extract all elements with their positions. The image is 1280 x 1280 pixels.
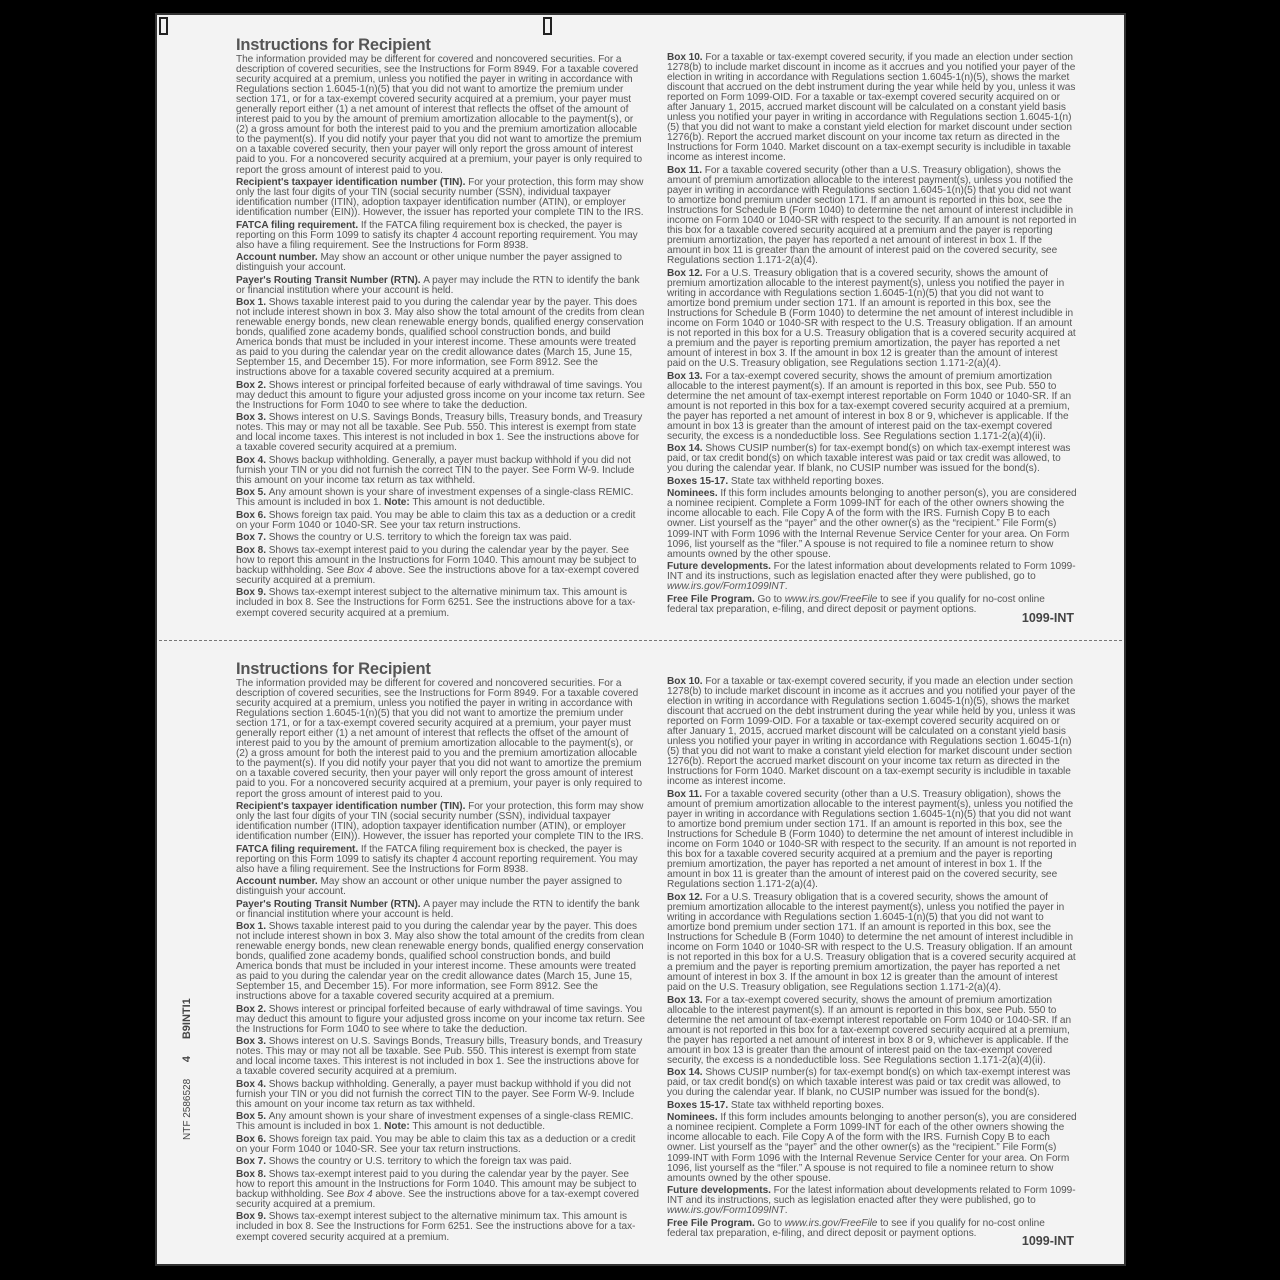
ntf-number: NTF 2586528 — [182, 1079, 193, 1140]
page-number: 4 — [181, 1056, 193, 1062]
italic-reference: www.irs.gov/Form1099INT — [667, 1205, 785, 1216]
instruction-paragraph: Payer's Routing Transit Number (RTN). A … — [236, 900, 646, 920]
note-text: This amount is not deductible. — [412, 497, 545, 508]
paragraph-text: Shows foreign tax paid. You may be able … — [236, 1134, 635, 1155]
instruction-paragraph: Box 4. Shows backup withholding. General… — [236, 1080, 646, 1110]
instruction-paragraph: Free File Program. Go to www.irs.gov/Fre… — [667, 595, 1077, 615]
right-column: Box 10. For a taxable or tax-exempt cove… — [667, 53, 1077, 617]
instructions-copy-bottom: Instructions for Recipient The informati… — [157, 661, 1124, 1280]
instruction-paragraph: Box 4. Shows backup withholding. General… — [236, 456, 646, 486]
instruction-paragraph: Account number. May show an account or o… — [236, 253, 646, 273]
paragraph-text: For a taxable covered security (other th… — [667, 165, 1076, 266]
paragraph-text: The information provided may be differen… — [236, 678, 642, 800]
instruction-paragraph: Box 7. Shows the country or U.S. territo… — [236, 1157, 646, 1167]
paragraph-text: For a tax-exempt covered security, shows… — [667, 371, 1071, 442]
perforation-line — [159, 640, 1122, 641]
paragraph-text-after: . — [785, 581, 788, 592]
paragraph-text: Shows taxable interest paid to you durin… — [236, 297, 644, 378]
paragraph-text: Shows CUSIP number(s) for tax-exempt bon… — [667, 1067, 1070, 1098]
instruction-paragraph: Future developments. For the latest info… — [667, 1186, 1077, 1216]
instruction-paragraph: Nominees. If this form includes amounts … — [667, 1113, 1077, 1183]
paragraph-text: State tax withheld reporting boxes. — [731, 476, 884, 487]
instruction-paragraph: The information provided may be differen… — [236, 679, 646, 800]
registration-mark-left — [159, 17, 168, 35]
instruction-paragraph: Box 8. Shows tax-exempt interest paid to… — [236, 1170, 646, 1210]
paragraph-text: If this form includes amounts belonging … — [667, 1112, 1077, 1183]
paragraph-text: For a taxable or tax-exempt covered secu… — [667, 52, 1075, 163]
paragraph-text: For a tax-exempt covered security, shows… — [667, 995, 1071, 1066]
instruction-paragraph: Box 10. For a taxable or tax-exempt cove… — [667, 53, 1077, 164]
paragraph-text: Shows backup withholding. Generally, a p… — [236, 455, 634, 486]
instruction-paragraph: Box 13. For a tax-exempt covered securit… — [667, 996, 1077, 1066]
paragraph-text: Shows tax-exempt interest subject to the… — [236, 587, 635, 618]
paragraph-text: Shows interest on U.S. Savings Bonds, Tr… — [236, 412, 642, 453]
paragraph-heading: Box 7. — [236, 1156, 269, 1167]
paragraph-text: Shows interest or principal forfeited be… — [236, 1004, 645, 1035]
paragraph-heading: Boxes 15-17. — [667, 476, 731, 487]
instruction-paragraph: FATCA filing requirement. If the FATCA f… — [236, 845, 646, 875]
form-id-label: 1099-INT — [1022, 611, 1074, 625]
instruction-paragraph: Box 7. Shows the country or U.S. territo… — [236, 533, 646, 543]
note-label: Note: — [381, 497, 412, 508]
instruction-paragraph: Box 1. Shows taxable interest paid to yo… — [236, 298, 646, 378]
instruction-paragraph: Box 14. Shows CUSIP number(s) for tax-ex… — [667, 444, 1077, 474]
instruction-paragraph: Nominees. If this form includes amounts … — [667, 489, 1077, 559]
paragraph-text: Shows taxable interest paid to you durin… — [236, 921, 644, 1002]
form-id-label: 1099-INT — [1022, 1234, 1074, 1248]
note-label: Note: — [381, 1121, 412, 1132]
paragraph-text: Shows backup withholding. Generally, a p… — [236, 1079, 634, 1110]
instruction-paragraph: Box 2. Shows interest or principal forfe… — [236, 1005, 646, 1035]
paragraph-text: Shows CUSIP number(s) for tax-exempt bon… — [667, 443, 1070, 474]
instruction-paragraph: FATCA filing requirement. If the FATCA f… — [236, 221, 646, 251]
note-text: This amount is not deductible. — [412, 1121, 545, 1132]
paragraph-text: Shows interest on U.S. Savings Bonds, Tr… — [236, 1036, 642, 1077]
instruction-paragraph: Box 13. For a tax-exempt covered securit… — [667, 372, 1077, 442]
instruction-paragraph: The information provided may be differen… — [236, 55, 646, 176]
paragraph-text: If this form includes amounts belonging … — [667, 488, 1077, 559]
instruction-paragraph: Box 10. For a taxable or tax-exempt cove… — [667, 677, 1077, 788]
paragraph-text: State tax withheld reporting boxes. — [731, 1100, 884, 1111]
paragraph-text: For a taxable covered security (other th… — [667, 789, 1076, 890]
section-title: Instructions for Recipient — [236, 661, 646, 678]
side-form-code: NTF 2586528 4 B9INTI1 — [181, 984, 193, 1140]
instruction-paragraph: Box 3. Shows interest on U.S. Savings Bo… — [236, 413, 646, 453]
instruction-paragraph: Boxes 15-17. State tax withheld reportin… — [667, 1101, 1077, 1111]
paragraph-text: Shows interest or principal forfeited be… — [236, 380, 645, 411]
instruction-paragraph: Box 2. Shows interest or principal forfe… — [236, 381, 646, 411]
paragraph-text: Shows tax-exempt interest subject to the… — [236, 1211, 635, 1242]
instruction-paragraph: Payer's Routing Transit Number (RTN). A … — [236, 276, 646, 296]
instruction-paragraph: Box 8. Shows tax-exempt interest paid to… — [236, 546, 646, 586]
instruction-paragraph: Box 9. Shows tax-exempt interest subject… — [236, 1212, 646, 1242]
instruction-paragraph: Recipient's taxpayer identification numb… — [236, 802, 646, 842]
instruction-paragraph: Box 12. For a U.S. Treasury obligation t… — [667, 893, 1077, 993]
paragraph-heading: Boxes 15-17. — [667, 1100, 731, 1111]
instruction-paragraph: Recipient's taxpayer identification numb… — [236, 178, 646, 218]
registration-mark-center — [543, 17, 552, 35]
instruction-paragraph: Box 1. Shows taxable interest paid to yo… — [236, 922, 646, 1002]
instructions-copy-top: Instructions for Recipient The informati… — [157, 37, 1124, 659]
left-column: Instructions for Recipient The informati… — [236, 661, 646, 1245]
instruction-paragraph: Box 5. Any amount shown is your share of… — [236, 1112, 646, 1132]
section-title: Instructions for Recipient — [236, 37, 646, 54]
instruction-paragraph: Future developments. For the latest info… — [667, 562, 1077, 592]
form-code: B9INTI1 — [181, 998, 193, 1039]
instruction-paragraph: Free File Program. Go to www.irs.gov/Fre… — [667, 1219, 1077, 1239]
instruction-paragraph: Box 6. Shows foreign tax paid. You may b… — [236, 1135, 646, 1155]
paragraph-text: For a taxable or tax-exempt covered secu… — [667, 676, 1075, 787]
instruction-paragraph: Box 14. Shows CUSIP number(s) for tax-ex… — [667, 1068, 1077, 1098]
paragraph-text-after: . — [785, 1205, 788, 1216]
paragraph-text: Shows the country or U.S. territory to w… — [269, 1156, 572, 1167]
paragraph-text: Shows foreign tax paid. You may be able … — [236, 510, 635, 531]
form-page: Instructions for Recipient The informati… — [155, 13, 1126, 1266]
instruction-paragraph: Box 6. Shows foreign tax paid. You may b… — [236, 511, 646, 531]
instruction-paragraph: Account number. May show an account or o… — [236, 877, 646, 897]
instruction-paragraph: Box 3. Shows interest on U.S. Savings Bo… — [236, 1037, 646, 1077]
right-column: Box 10. For a taxable or tax-exempt cove… — [667, 677, 1077, 1241]
instruction-paragraph: Boxes 15-17. State tax withheld reportin… — [667, 477, 1077, 487]
instruction-paragraph: Box 12. For a U.S. Treasury obligation t… — [667, 269, 1077, 369]
left-column: Instructions for Recipient The informati… — [236, 37, 646, 621]
instruction-paragraph: Box 11. For a taxable covered security (… — [667, 166, 1077, 266]
instruction-paragraph: Box 9. Shows tax-exempt interest subject… — [236, 588, 646, 618]
paragraph-text: For a U.S. Treasury obligation that is a… — [667, 268, 1076, 369]
instruction-paragraph: Box 11. For a taxable covered security (… — [667, 790, 1077, 890]
paragraph-text: The information provided may be differen… — [236, 54, 642, 176]
paragraph-text: For a U.S. Treasury obligation that is a… — [667, 892, 1076, 993]
paragraph-text: Shows the country or U.S. territory to w… — [269, 532, 572, 543]
paragraph-heading: Box 7. — [236, 532, 269, 543]
instruction-paragraph: Box 5. Any amount shown is your share of… — [236, 488, 646, 508]
italic-reference: www.irs.gov/Form1099INT — [667, 581, 785, 592]
